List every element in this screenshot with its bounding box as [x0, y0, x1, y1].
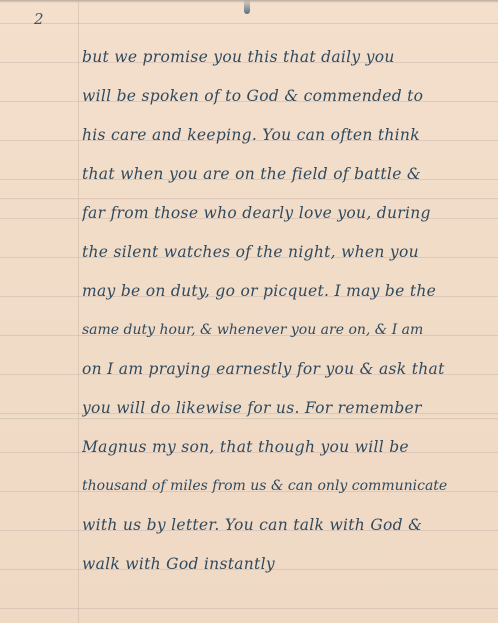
- scan-background: [498, 0, 504, 626]
- letter-body: but we promise you this that daily you w…: [82, 38, 494, 584]
- letter-line: will be spoken of to God & commended to: [82, 77, 494, 116]
- letter-line: the silent watches of the night, when yo…: [82, 233, 494, 272]
- letter-line: on I am praying earnestly for you & ask …: [82, 350, 494, 389]
- letter-line: his care and keeping. You can often thin…: [82, 116, 494, 155]
- letter-line: Magnus my son, that though you will be: [82, 428, 494, 467]
- letter-line: you will do likewise for us. For remembe…: [82, 389, 494, 428]
- letter-page: 2 but we promise you this that daily you…: [0, 0, 498, 623]
- ruled-line: [0, 23, 498, 24]
- letter-line: may be on duty, go or picquet. I may be …: [82, 272, 494, 311]
- letter-line: thousand of miles from us & can only com…: [82, 467, 494, 506]
- letter-line: far from those who dearly love you, duri…: [82, 194, 494, 233]
- letter-line: same duty hour, & whenever you are on, &…: [82, 311, 494, 350]
- page-number: 2: [34, 10, 44, 28]
- margin-line: [78, 0, 79, 623]
- ruled-line: [0, 608, 498, 609]
- ink-blot: [244, 0, 250, 14]
- letter-line: that when you are on the field of battle…: [82, 155, 494, 194]
- letter-line: walk with God instantly: [82, 545, 494, 584]
- letter-line: but we promise you this that daily you: [82, 38, 494, 77]
- letter-line: with us by letter. You can talk with God…: [82, 506, 494, 545]
